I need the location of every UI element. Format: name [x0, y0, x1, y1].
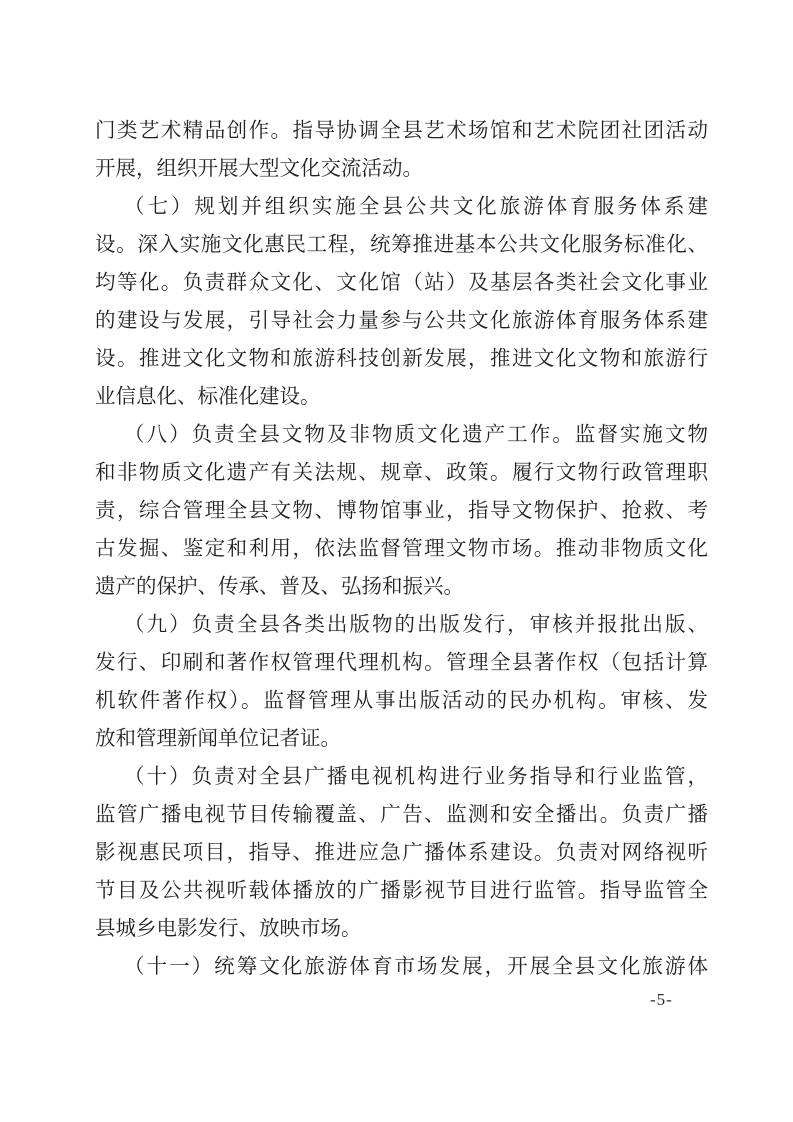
text-line: （九）负责全县各类出版物的出版发行，审核并报批出版、 [95, 606, 708, 644]
text-line: （十）负责对全县广播电视机构进行业务指导和行业监管， [95, 758, 708, 796]
text-line: 遗产的保护、传承、普及、弘扬和振兴。 [95, 568, 708, 606]
text-line: 影视惠民项目，指导、推进应急广播体系建设。负责对网络视听 [95, 834, 708, 872]
text-line: 设。推进文化文物和旅游科技创新发展，推进文化文物和旅游行 [95, 340, 708, 378]
text-line: 和非物质文化遗产有关法规、规章、政策。履行文物行政管理职 [95, 454, 708, 492]
text-line: 责，综合管理全县文物、博物馆事业，指导文物保护、抢救、考 [95, 492, 708, 530]
text-line: 发行、印刷和著作权管理代理机构。管理全县著作权（包括计算 [95, 644, 708, 682]
text-line: 机软件著作权）。监督管理从事出版活动的民办机构。审核、发 [95, 682, 708, 720]
page-content: 门类艺术精品创作。指导协调全县艺术场馆和艺术院团社团活动 开展，组织开展大型文化… [95, 112, 708, 986]
text-line: 均等化。负责群众文化、文化馆（站）及基层各类社会文化事业 [95, 264, 708, 302]
text-line: （八）负责全县文物及非物质文化遗产工作。监督实施文物 [95, 416, 708, 454]
text-line: 放和管理新闻单位记者证。 [95, 720, 708, 758]
text-line: 古发掘、鉴定和利用，依法监督管理文物市场。推动非物质文化 [95, 530, 708, 568]
text-line: 门类艺术精品创作。指导协调全县艺术场馆和艺术院团社团活动 [95, 112, 708, 150]
page-number: -5- [650, 990, 673, 1010]
document-page: { "page": { "background": "#ffffff", "te… [0, 0, 793, 1122]
text-line: 设。深入实施文化惠民工程，统筹推进基本公共文化服务标准化、 [95, 226, 708, 264]
text-line: （十一）统筹文化旅游体育市场发展，开展全县文化旅游体 [95, 948, 708, 986]
text-line: 开展，组织开展大型文化交流活动。 [95, 150, 708, 188]
text-line: 监管广播电视节目传输覆盖、广告、监测和安全播出。负责广播 [95, 796, 708, 834]
text-line: 县城乡电影发行、放映市场。 [95, 910, 708, 948]
text-line: （七）规划并组织实施全县公共文化旅游体育服务体系建 [95, 188, 708, 226]
text-line: 业信息化、标准化建设。 [95, 378, 708, 416]
text-line: 的建设与发展，引导社会力量参与公共文化旅游体育服务体系建 [95, 302, 708, 340]
text-line: 节目及公共视听载体播放的广播影视节目进行监管。指导监管全 [95, 872, 708, 910]
